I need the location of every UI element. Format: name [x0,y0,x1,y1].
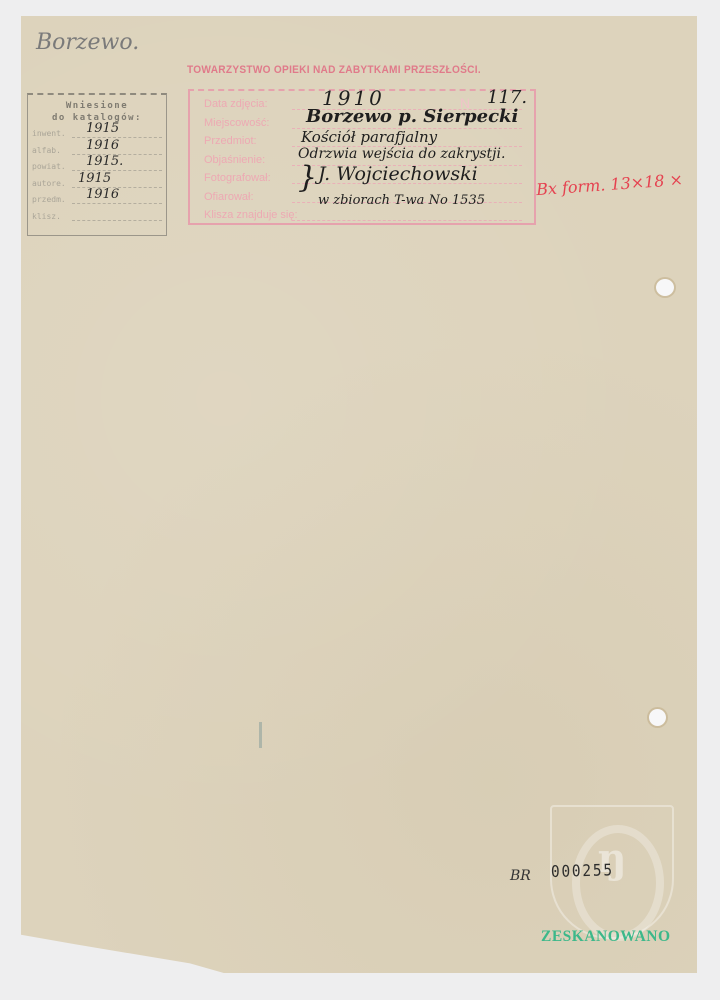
catalog-value: 1915. [86,154,123,170]
photo-number: 117. [487,87,527,108]
punch-hole [656,279,674,296]
archive-prefix: BR [510,868,531,884]
catalog-title-1: Wniesione [28,100,166,112]
bracket-mark: } [298,160,317,195]
catalog-label: autore. [32,179,66,188]
catalog-label: klisz. [32,212,61,221]
catalog-label: powiat. [32,162,66,171]
stamp-field: Klisza znajduje się: [204,206,534,225]
catalog-box: Wniesione do katalogów: inwent. 1915 alf… [27,93,167,236]
description-value: Odrzwia wejścia do zakrystji. [298,146,505,162]
punch-hole [649,709,666,726]
stamp-title: TOWARZYSTWO OPIEKI NAD ZABYTKAMI PRZESZŁ… [187,64,481,76]
stamp-label: Data zdjęcia: [204,98,268,110]
ink-mark [259,722,262,748]
stamp-label: Ofiarował: [204,191,254,203]
catalog-value: 1916 [86,138,119,154]
stamp-label: Przedmiot: [204,135,257,147]
pencil-heading: Borzewo. [36,30,139,55]
stamp-label: Objaśnienie: [204,154,265,166]
stamp-label: Miejscowość: [204,117,269,129]
subject-value: Kościół parafjalny [301,128,437,146]
catalog-value: 1915 [78,171,111,187]
stamp-label: Fotografował: [204,172,271,184]
plate-location-value: w zbiorach T-wa No 1535 [318,193,485,208]
scanned-stamp: ZESKANOWANO [541,928,671,946]
catalog-row: klisz. [28,209,166,226]
catalog-label: inwent. [32,129,66,138]
catalog-label: przedm. [32,195,66,204]
catalog-label: alfab. [32,146,61,155]
photographer-value: J. Wojciechowski [318,163,478,185]
archive-number: 000255 [551,860,614,881]
stamp-label: Klisza znajduje się: [204,209,298,221]
location-value: Borzewo p. Sierpecki [306,106,518,127]
catalog-value: 1916 [86,187,119,203]
catalog-row: przedm. 1916 [28,192,166,209]
catalog-value: 1915 [86,121,119,137]
